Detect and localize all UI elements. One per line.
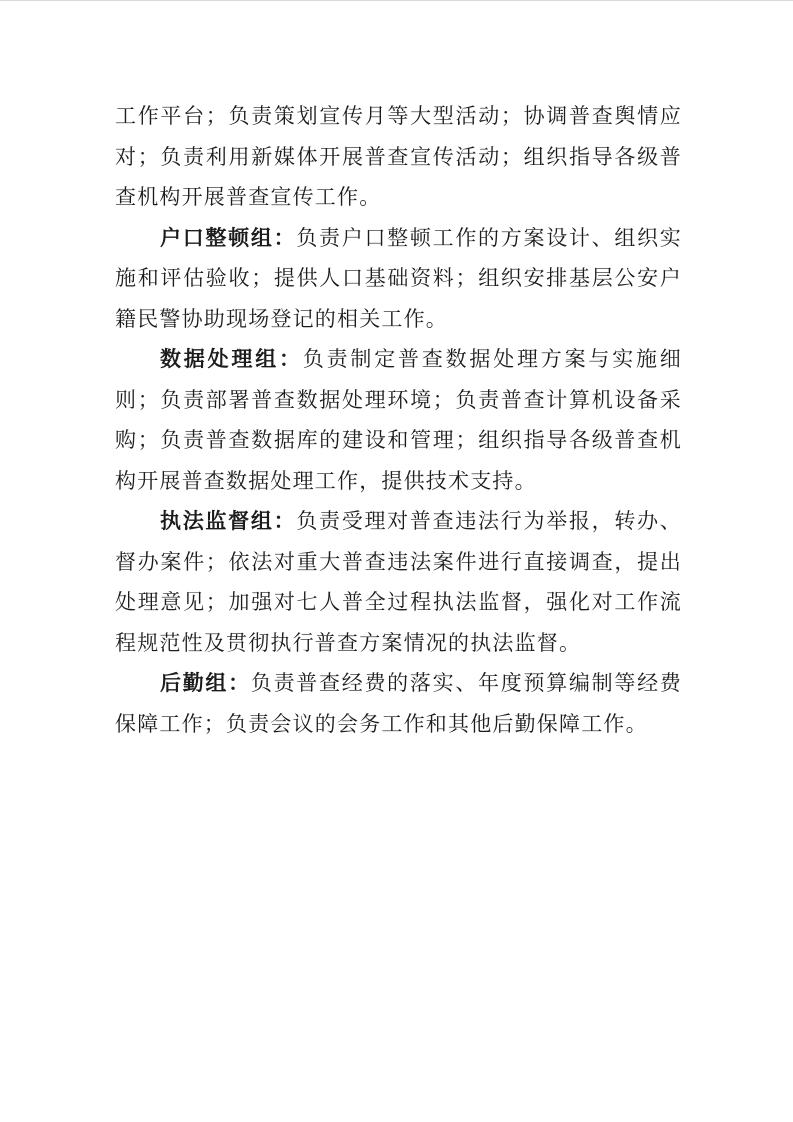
paragraph-logistics-group: 后勤组：负责普查经费的落实、年度预算编制等经费保障工作；负责会议的会务工作和其他… (115, 663, 682, 744)
paragraph-publicity-continuation: 工作平台；负责策划宣传月等大型活动；协调普查舆情应对；负责利用新媒体开展普查宣传… (115, 96, 682, 218)
document-page: 工作平台；负责策划宣传月等大型活动；协调普查舆情应对；负责利用新媒体开展普查宣传… (0, 0, 793, 1122)
group-name: 户口整顿组： (160, 226, 296, 250)
group-name: 执法监督组： (160, 509, 296, 533)
text-block: 工作平台；负责策划宣传月等大型活动；协调普查舆情应对；负责利用新媒体开展普查宣传… (115, 96, 682, 744)
group-name: 后勤组： (160, 671, 251, 695)
paragraph-law-enforcement-group: 执法监督组：负责受理对普查违法行为举报，转办、督办案件；依法对重大普查违法案件进… (115, 501, 682, 663)
group-name: 数据处理组： (160, 347, 303, 371)
paragraph-data-processing-group: 数据处理组：负责制定普查数据处理方案与实施细则；负责部署普查数据处理环境；负责普… (115, 339, 682, 501)
paragraph-hukou-group: 户口整顿组：负责户口整顿工作的方案设计、组织实施和评估验收；提供人口基础资料；组… (115, 218, 682, 340)
paragraph-text: 工作平台；负责策划宣传月等大型活动；协调普查舆情应对；负责利用新媒体开展普查宣传… (115, 104, 682, 209)
